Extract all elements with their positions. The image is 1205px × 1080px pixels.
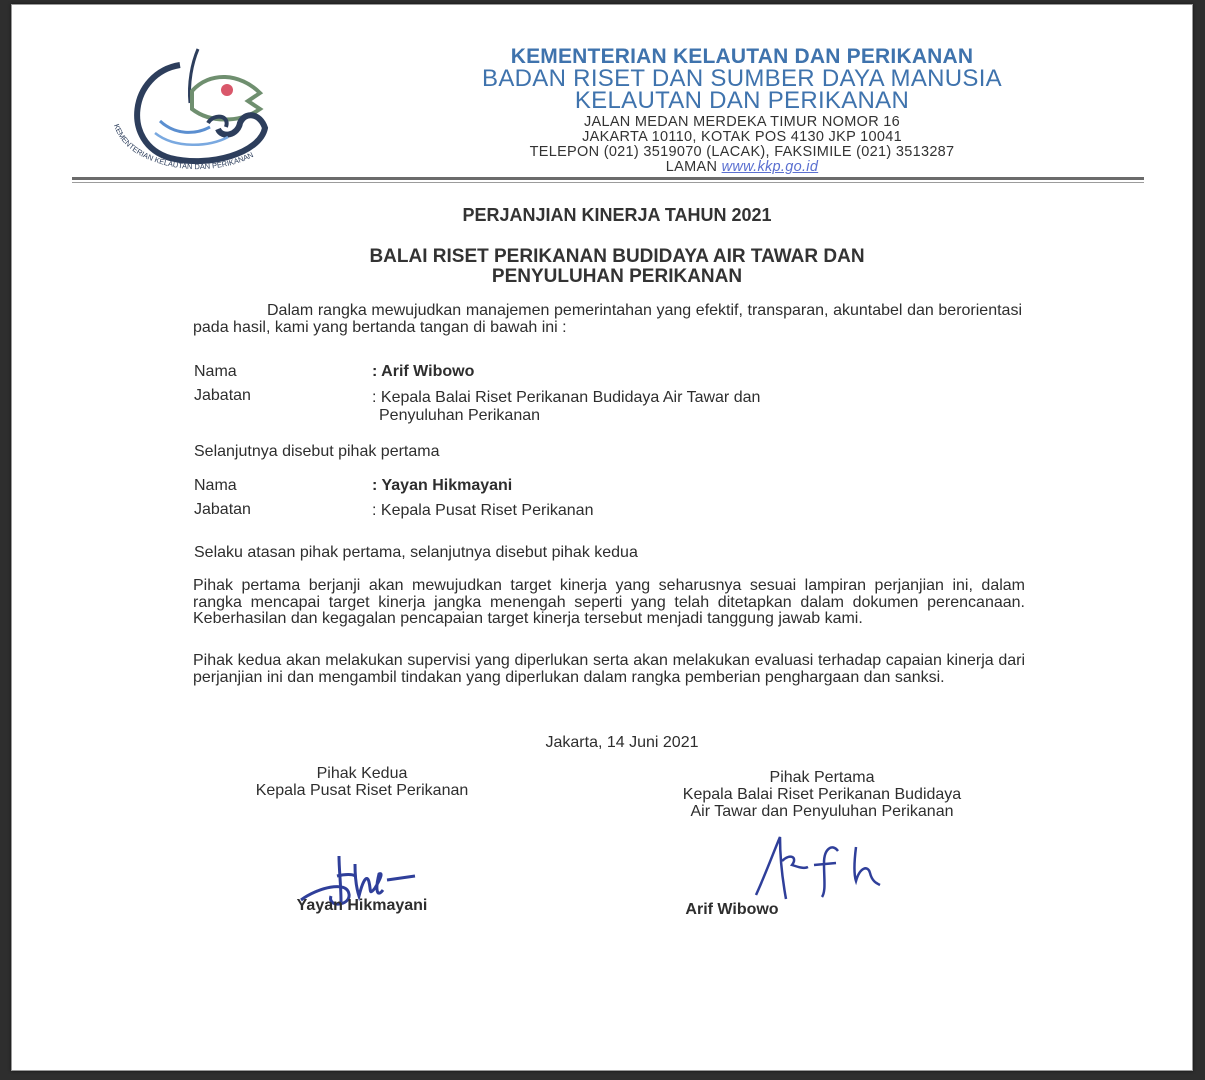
first-party-name-label: Nama [194, 363, 237, 381]
address-line1: JALAN MEDAN MERDEKA TIMUR NOMOR 16 [392, 115, 1092, 130]
document-subtitle: BALAI RISET PERIKANAN BUDIDAYA AIR TAWAR… [192, 247, 1042, 287]
signature-arif-icon [752, 833, 902, 903]
right-role: Pihak Pertama [602, 769, 1042, 786]
right-title-line1: Kepala Balai Riset Perikanan Budidaya [602, 786, 1042, 803]
intro-paragraph: Dalam rangka mewujudkan manajemen pemeri… [193, 303, 1022, 336]
second-party-position-label: Jabatan [194, 501, 251, 519]
agency-name-line2: KELAUTAN DAN PERIKANAN [392, 87, 1092, 115]
second-party-position: : Kepala Pusat Riset Perikanan [372, 502, 593, 520]
signature-block-right: Pihak Pertama Kepala Balai Riset Perikan… [602, 769, 1042, 820]
place-date: Jakarta, 14 Juni 2021 [392, 734, 852, 751]
website-link[interactable]: www.kkp.go.id [722, 159, 819, 175]
kkp-logo-icon: KEMENTERIAN KELAUTAN DAN PERIKANAN [100, 43, 300, 193]
commitment-paragraph: Pihak pertama berjanji akan mewujudkan t… [193, 578, 1025, 628]
supervision-paragraph: Pihak kedua akan melakukan supervisi yan… [193, 653, 1025, 686]
right-title-line2: Air Tawar dan Penyuluhan Perikanan [602, 803, 1042, 820]
document-title: PERJANJIAN KINERJA TAHUN 2021 [192, 205, 1042, 226]
subtitle-line1: BALAI RISET PERIKANAN BUDIDAYA AIR TAWAR… [192, 247, 1042, 267]
document-page: KEMENTERIAN KELAUTAN DAN PERIKANAN KEMEN… [11, 4, 1193, 1071]
signature-block-left: Pihak Kedua Kepala Pusat Riset Perikanan [192, 765, 532, 799]
left-role: Pihak Kedua [192, 765, 532, 782]
first-party-note: Selanjutnya disebut pihak pertama [194, 443, 440, 461]
address-block: JALAN MEDAN MERDEKA TIMUR NOMOR 16 JAKAR… [392, 115, 1092, 175]
subtitle-line2: PENYULUHAN PERIKANAN [192, 267, 1042, 287]
second-party-name-label: Nama [194, 477, 237, 495]
letterhead-divider [72, 177, 1144, 180]
first-party-position-line1: : Kepala Balai Riset Perikanan Budidaya … [372, 389, 760, 407]
right-signatory-name: Arif Wibowo [602, 901, 862, 918]
address-line2: JAKARTA 10110, KOTAK POS 4130 JKP 10041 [392, 130, 1092, 145]
left-title: Kepala Pusat Riset Perikanan [192, 782, 532, 799]
website-label: LAMAN [666, 159, 717, 175]
first-party-position-line2: Penyuluhan Perikanan [379, 407, 540, 425]
second-party-note: Selaku atasan pihak pertama, selanjutnya… [194, 544, 638, 562]
letterhead-divider-thin [72, 182, 1144, 183]
left-signatory-name: Yayan Hikmayani [192, 897, 532, 914]
first-party-position-label: Jabatan [194, 387, 251, 405]
website-line: LAMAN www.kkp.go.id [392, 160, 1092, 175]
address-line3: TELEPON (021) 3519070 (LACAK), FAKSIMILE… [392, 145, 1092, 160]
second-party-name: : Yayan Hikmayani [372, 477, 512, 495]
first-party-name: : Arif Wibowo [372, 363, 474, 381]
